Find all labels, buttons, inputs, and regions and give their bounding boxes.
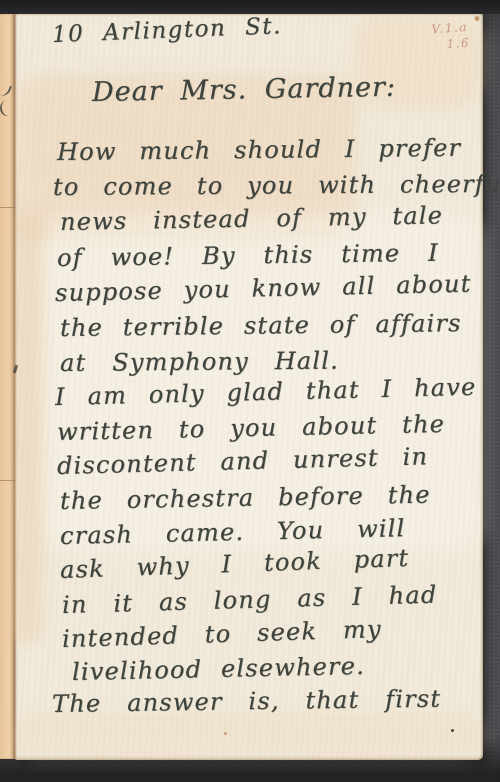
paper-stain (15, 713, 483, 759)
handwritten-line: I am only glad that I have (55, 373, 477, 411)
letter-page: V.1.a 1.6 10 Arlington St. Dear Mrs. Gar… (15, 13, 483, 760)
ink-speck (451, 729, 454, 732)
handwritten-line: news instead of my tale (60, 201, 444, 236)
handwritten-line: discontent and unrest in (57, 442, 429, 480)
ink-mark (0, 83, 12, 99)
handwritten-line: the terrible state of affairs (60, 309, 462, 342)
handwritten-line: intended to seek my (62, 615, 382, 653)
scan-backdrop: V.1.a 1.6 10 Arlington St. Dear Mrs. Gar… (0, 0, 500, 782)
catalog-mark-line-2: 1.6 (432, 35, 471, 54)
handwritten-line: suppose you know all about (55, 270, 472, 307)
handwritten-line: livelihood elsewhere. (72, 652, 365, 686)
handwritten-line: to come to you with cheerful (53, 170, 500, 201)
paper-stain (11, 213, 43, 643)
crease-line (0, 207, 15, 208)
foxing-spot (474, 15, 480, 22)
handwritten-line: ask why I took part (60, 544, 410, 584)
handwritten-line: of woe! By this time I (57, 239, 439, 272)
scan-top-border (0, 0, 500, 14)
handwritten-line: the orchestra before the (60, 481, 431, 515)
handwritten-line: written to you about the (57, 410, 446, 446)
adjacent-page-edge (0, 14, 15, 759)
catalog-mark: V.1.a 1.6 (431, 19, 471, 54)
handwritten-line: The answer is, that first (52, 685, 442, 718)
address-line: 10 Arlington St. (52, 13, 283, 48)
handwritten-line: at Symphony Hall. (60, 347, 339, 377)
fold-mark (13, 365, 18, 374)
salutation-line: Dear Mrs. Gardner: (92, 72, 397, 108)
foxing-spot (224, 732, 227, 735)
ink-mark (0, 100, 11, 118)
handwritten-line: How much should I prefer (57, 134, 461, 166)
handwritten-line: in it as long as I had (62, 581, 438, 619)
handwritten-line: crash came. You will (60, 514, 406, 550)
crease-line (0, 480, 15, 481)
